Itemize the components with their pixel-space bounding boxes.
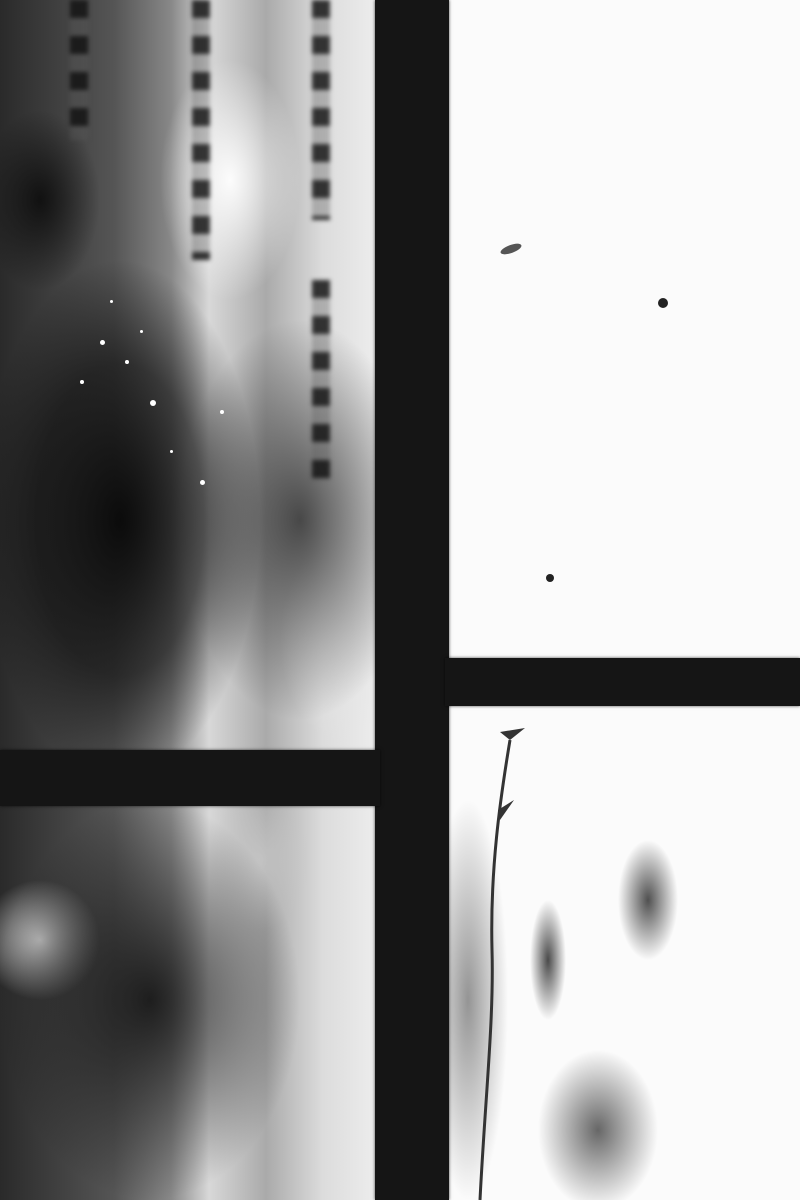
light-speck [125, 360, 129, 364]
dust-speck [546, 574, 554, 582]
grimy-glass-pane [0, 0, 380, 1200]
window-transom-left [0, 750, 380, 806]
light-speck [200, 480, 205, 485]
light-speck [150, 400, 156, 406]
light-speck [140, 330, 143, 333]
window-photograph [0, 0, 800, 1200]
grime-streak [312, 0, 330, 220]
grime-streak [70, 0, 88, 140]
light-speck [80, 380, 84, 384]
light-speck [220, 410, 224, 414]
climbing-plant [470, 720, 530, 1200]
dust-speck [499, 241, 522, 256]
light-speck [110, 300, 113, 303]
grime-streak [192, 0, 210, 260]
window-mullion [375, 0, 449, 1200]
dust-speck [658, 298, 668, 308]
light-speck [170, 450, 173, 453]
light-speck [100, 340, 105, 345]
grime-streak [312, 280, 330, 480]
window-transom-right [445, 658, 800, 706]
